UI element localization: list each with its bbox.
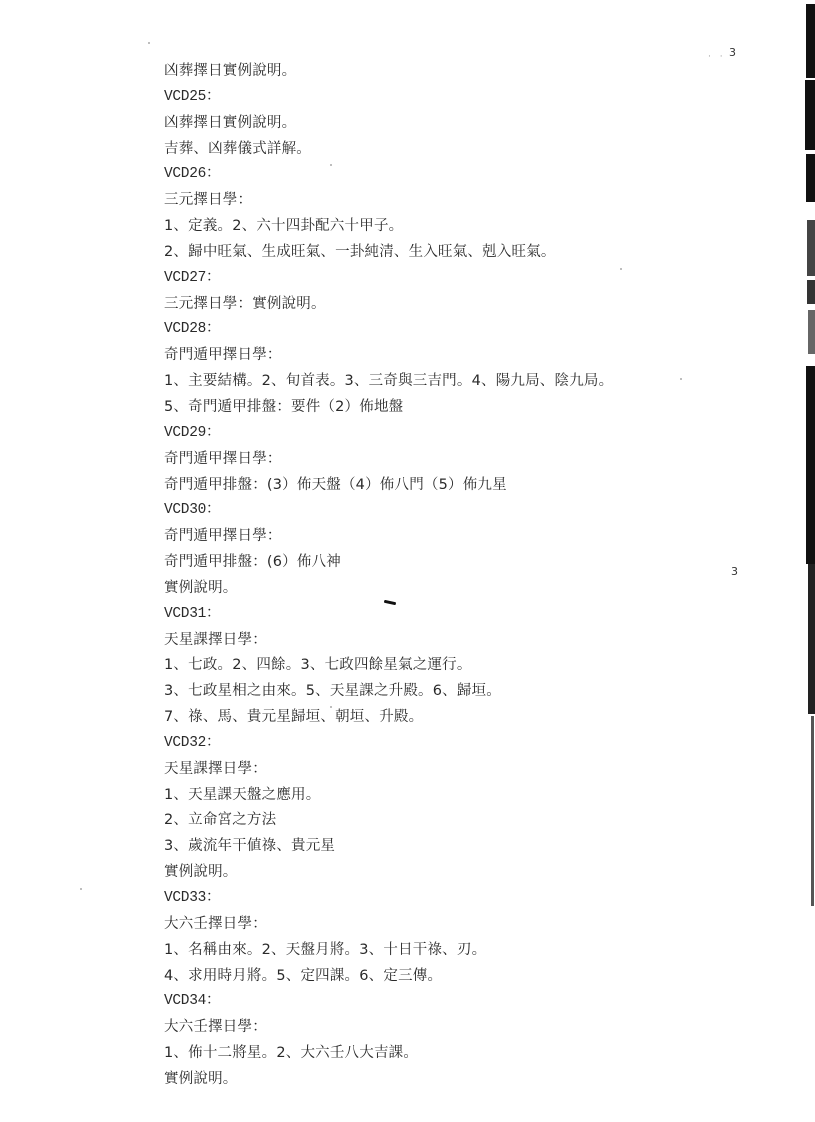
doc-line: 天星課擇日學：	[164, 628, 724, 654]
doc-line: 1、天星課天盤之應用。	[164, 783, 724, 809]
vcd-heading: VCD34：	[164, 989, 724, 1015]
vcd-heading: VCD25：	[164, 85, 724, 111]
doc-line: 實例說明。	[164, 860, 724, 886]
doc-line: 奇門遁甲擇日學：	[164, 447, 724, 473]
doc-line: 實例說明。	[164, 1067, 724, 1093]
doc-line: 3、歲流年干値祿、貴元星	[164, 834, 724, 860]
doc-line: 1、七政。2、四餘。3、七政四餘星氣之運行。	[164, 653, 724, 679]
page-number-middle: 3	[731, 565, 738, 578]
doc-line: 7、祿、馬、貴元星歸垣、朝垣、升殿。	[164, 705, 724, 731]
doc-line: 吉葬、凶葬儀式詳解。	[164, 137, 724, 163]
doc-line: 1、佈十二將星。2、大六壬八大吉課。	[164, 1041, 724, 1067]
page-number-top: 3	[729, 46, 736, 59]
doc-line: 凶葬擇日實例說明。	[164, 111, 724, 137]
doc-line: 1、名稱由來。2、天盤月將。3、十日干祿、刃。	[164, 938, 724, 964]
doc-line: 1、主要結構。2、旬首表。3、三奇與三吉門。4、陽九局、陰九局。	[164, 369, 724, 395]
doc-line: 天星課擇日學：	[164, 757, 724, 783]
scanned-page: · · 3 3 凶葬擇日實例說明。 VCD25： 凶葬擇日實例說明。 吉葬、凶葬…	[0, 0, 815, 1122]
vcd-heading: VCD31：	[164, 602, 724, 628]
doc-line: 三元擇日學：實例說明。	[164, 292, 724, 318]
doc-line: 凶葬擇日實例說明。	[164, 59, 724, 85]
doc-line: 2、立命宮之方法	[164, 808, 724, 834]
scan-binding-edge	[804, 4, 815, 904]
vcd-heading: VCD30：	[164, 498, 724, 524]
vcd-heading: VCD28：	[164, 317, 724, 343]
scan-speck	[148, 42, 150, 44]
vcd-heading: VCD33：	[164, 886, 724, 912]
document-body: 凶葬擇日實例說明。 VCD25： 凶葬擇日實例說明。 吉葬、凶葬儀式詳解。 VC…	[164, 59, 724, 1093]
doc-line: 4、求用時月將。5、定四課。6、定三傳。	[164, 964, 724, 990]
doc-line: 大六壬擇日學：	[164, 912, 724, 938]
doc-line: 3、七政星相之由來。5、天星課之升殿。6、歸垣。	[164, 679, 724, 705]
doc-line: 奇門遁甲排盤：(3）佈天盤（4）佈八門（5）佈九星	[164, 473, 724, 499]
doc-line: 大六壬擇日學：	[164, 1015, 724, 1041]
doc-line: 奇門遁甲擇日學：	[164, 524, 724, 550]
vcd-heading: VCD27：	[164, 266, 724, 292]
doc-line: 三元擇日學：	[164, 188, 724, 214]
doc-line: 奇門遁甲排盤：(6）佈八神	[164, 550, 724, 576]
scan-speck	[80, 888, 82, 890]
vcd-heading: VCD32：	[164, 731, 724, 757]
vcd-heading: VCD26：	[164, 162, 724, 188]
vcd-heading: VCD29：	[164, 421, 724, 447]
doc-line: 奇門遁甲擇日學：	[164, 343, 724, 369]
doc-line: 1、定義。2、六十四卦配六十甲子。	[164, 214, 724, 240]
doc-line: 2、歸中旺氣、生成旺氣、一卦純清、生入旺氣、剋入旺氣。	[164, 240, 724, 266]
doc-line: 實例說明。	[164, 576, 724, 602]
doc-line: 5、奇門遁甲排盤：要件（2）佈地盤	[164, 395, 724, 421]
